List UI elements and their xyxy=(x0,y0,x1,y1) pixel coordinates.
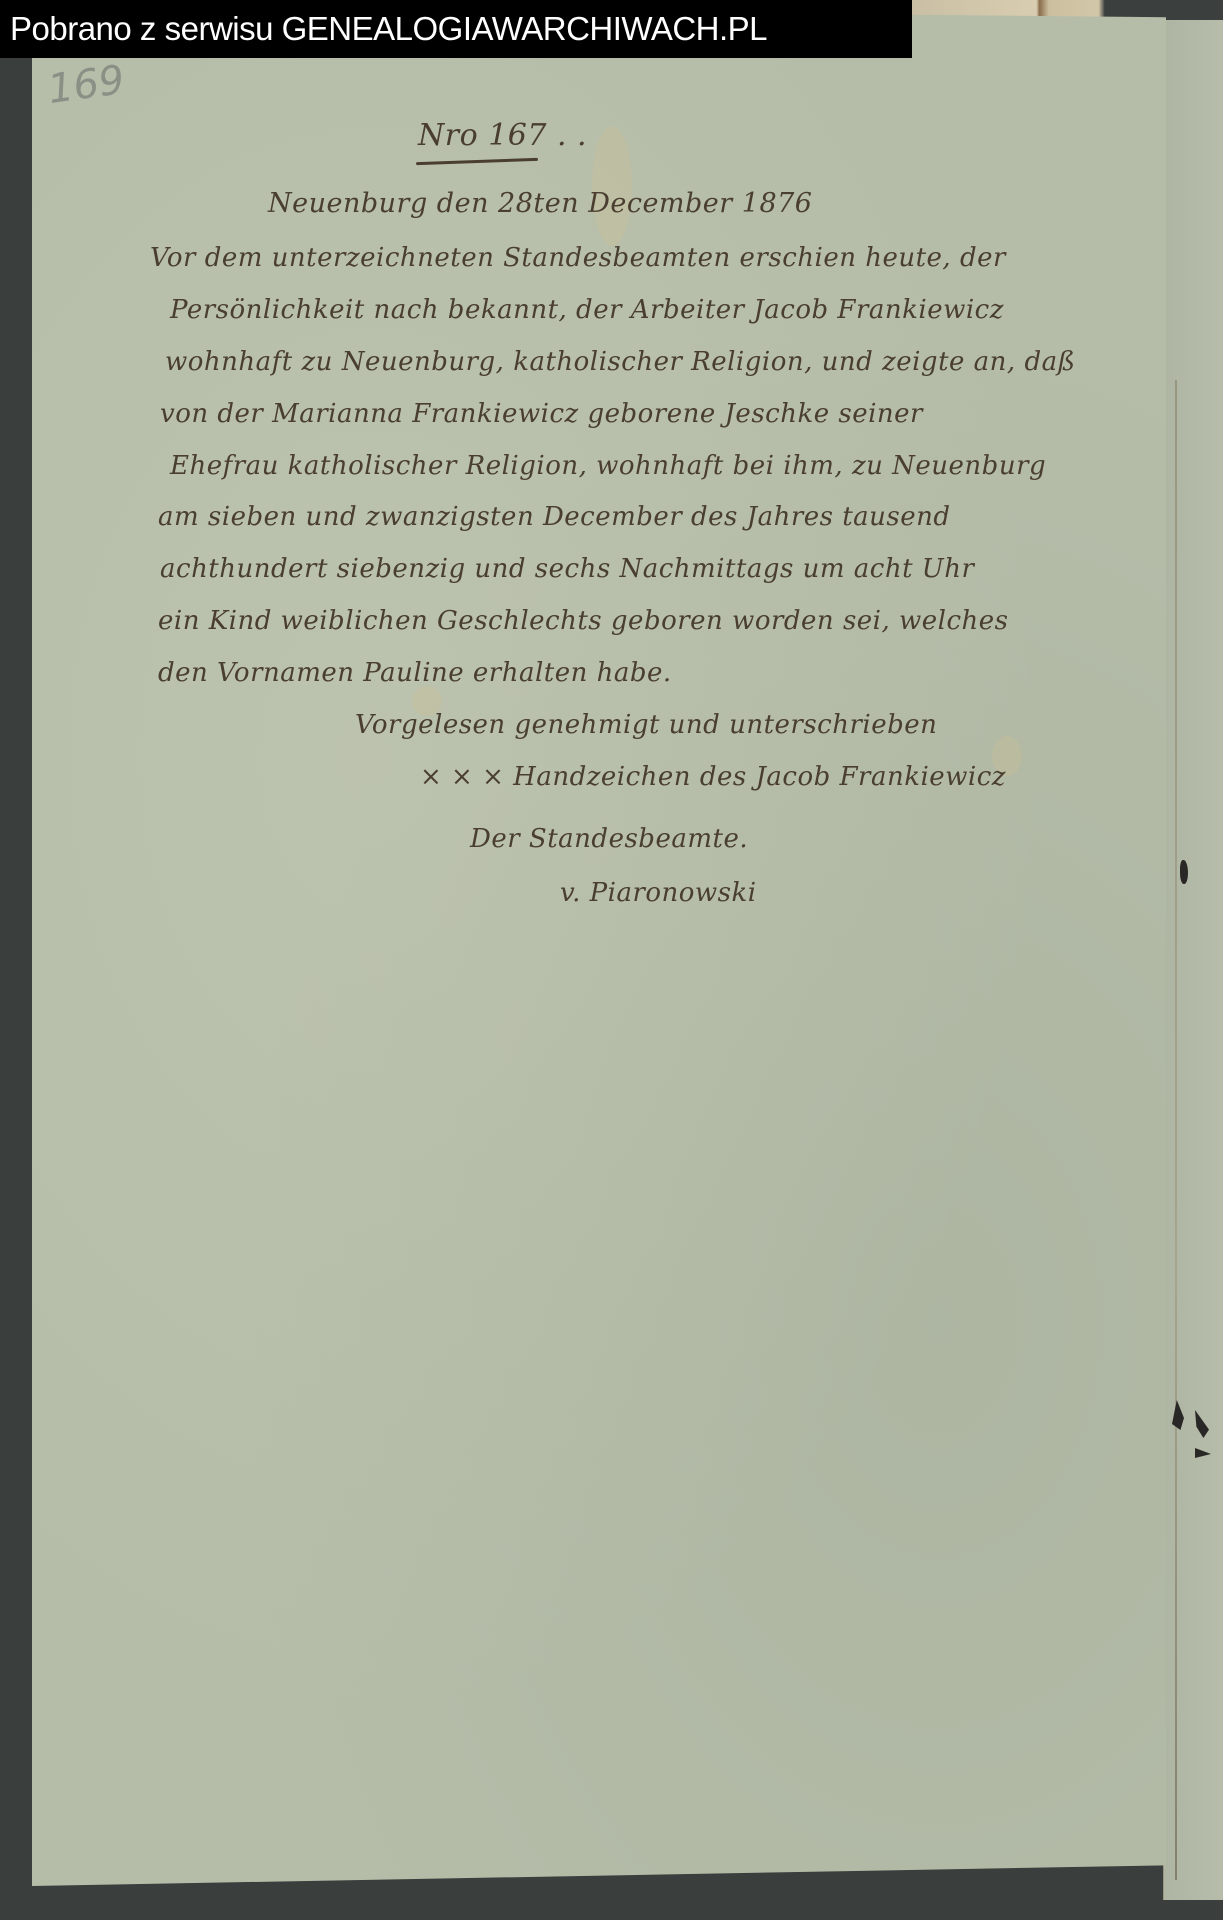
body-line-7: achthundert siebenzig und sechs Nachmitt… xyxy=(160,554,974,584)
body-line-5: Ehefrau katholischer Religion, wohnhaft … xyxy=(170,451,1046,481)
paper-tear xyxy=(1180,860,1188,884)
official-signature: v. Piaronowski xyxy=(560,878,757,908)
place-and-date: Neuenburg den 28ten December 1876 xyxy=(268,188,813,219)
adjacent-page-edge xyxy=(1163,20,1223,1900)
body-line-4: von der Marianna Frankiewicz geborene Je… xyxy=(160,399,923,429)
witness-mark-line: × × × Handzeichen des Jacob Frankiewicz xyxy=(420,762,1006,792)
record-number: Nro 167 . . xyxy=(418,118,587,153)
body-line-1: Vor dem unterzeichneten Standesbeamten e… xyxy=(150,243,1006,273)
source-watermark-banner: Pobrano z serwisu GENEALOGIAWARCHIWACH.P… xyxy=(0,0,912,58)
body-line-2: Persönlichkeit nach bekannt, der Arbeite… xyxy=(170,295,1004,325)
register-page-paper xyxy=(32,6,1166,1886)
paper-stain xyxy=(592,126,632,246)
official-title: Der Standesbeamte. xyxy=(470,824,748,854)
body-line-8: ein Kind weiblichen Geschlechts geboren … xyxy=(158,606,1009,636)
closing-formula: Vorgelesen genehmigt und unterschrieben xyxy=(355,710,937,740)
body-line-9: den Vornamen Pauline erhalten habe. xyxy=(158,658,672,688)
binding-fold-line xyxy=(1175,380,1177,1880)
body-line-3: wohnhaft zu Neuenburg, katholischer Reli… xyxy=(165,347,1075,377)
scanned-register-page: 169 Nro 167 . . Neuenburg den 28ten Dece… xyxy=(0,0,1223,1920)
body-line-6: am sieben und zwanzigsten December des J… xyxy=(158,502,951,532)
